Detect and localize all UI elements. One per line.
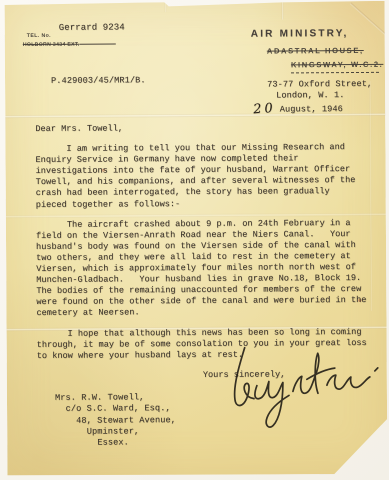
- letter-date: 20August, 1946: [253, 101, 343, 117]
- telephone-number: Gerrard 9234: [59, 22, 125, 32]
- paragraph-1: I am writing to tell you that our Missin…: [35, 142, 379, 211]
- paper-tear-mark: [165, 2, 167, 12]
- struck-address-kingsway: KINGSWAY, W.C.2.: [291, 60, 383, 70]
- ministry-name: AIR MINISTRY,: [251, 28, 349, 40]
- city-address: London, W. 1.: [276, 90, 344, 100]
- street-address: 73-77 Oxford Street,: [267, 79, 372, 90]
- salutation: Dear Mrs. Towell,: [35, 122, 379, 135]
- scanned-letter: Gerrard 9234 TEL. No. HOLBORN 3434 EXT. …: [0, 0, 389, 480]
- struck-address-adastral: ADASTRAL HOUSE,: [267, 46, 364, 56]
- corner-crease: [350, 3, 389, 46]
- typed-date: August, 1946: [280, 104, 343, 114]
- reference-number: P.429003/45/MR1/B.: [51, 75, 146, 86]
- letter-paper: Gerrard 9234 TEL. No. HOLBORN 3434 EXT. …: [5, 1, 388, 476]
- struck-extension-line: HOLBORN 3434 EXT.: [23, 41, 116, 48]
- extension-rule: [80, 43, 116, 44]
- signature-handwriting: [223, 341, 389, 430]
- paragraph-2: The aircraft crashed about 9 p.m. on 24t…: [36, 218, 381, 320]
- handwritten-date-day: 20: [253, 101, 277, 118]
- paper-tear-mark: [282, 1, 284, 19]
- recipient-address: Mrs. R.W. Towell, c/o S.C. Ward, Esq., 4…: [55, 392, 176, 449]
- struck-extension-text: HOLBORN 3434 EXT.: [23, 42, 80, 48]
- telephone-label: TEL. No.: [27, 33, 51, 39]
- dashed-underline: [291, 72, 379, 74]
